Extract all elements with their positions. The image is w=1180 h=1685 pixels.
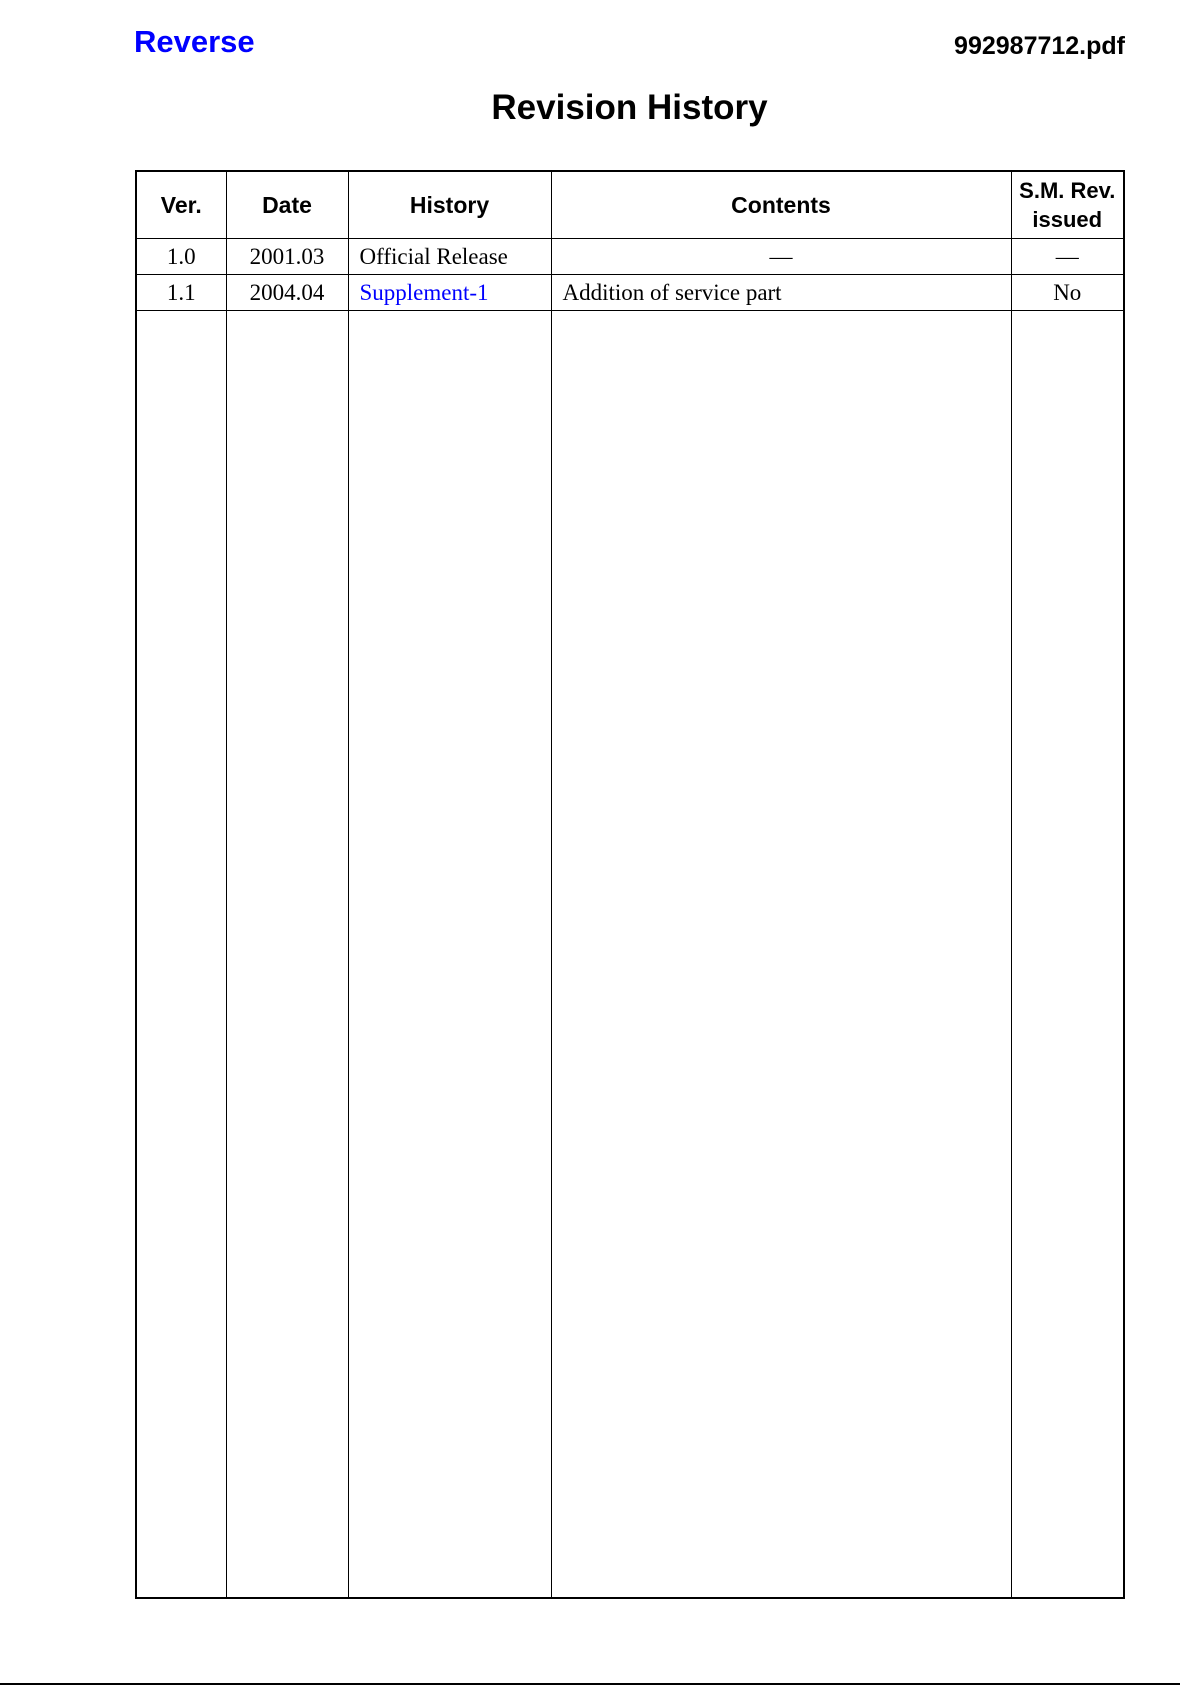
empty-cell [136, 311, 226, 1599]
cell-contents: — [551, 239, 1011, 275]
cell-ver: 1.1 [136, 275, 226, 311]
table-header-row: Ver. Date History Contents S.M. Rev.issu… [136, 171, 1124, 239]
column-header-sm-rev-line2: issued [1032, 207, 1102, 232]
column-header-sm-rev-line1: S.M. Rev. [1019, 178, 1115, 203]
reverse-link[interactable]: Reverse [134, 24, 255, 60]
empty-cell [1011, 311, 1124, 1599]
table-row: 1.1 2004.04 Supplement-1 Addition of ser… [136, 275, 1124, 311]
supplement-1-link[interactable]: Supplement-1 [360, 280, 489, 305]
cell-history: Official Release [348, 239, 551, 275]
cell-history: Supplement-1 [348, 275, 551, 311]
empty-cell [551, 311, 1011, 1599]
cell-contents: Addition of service part [551, 275, 1011, 311]
cell-date: 2004.04 [226, 275, 348, 311]
column-header-sm-rev-issued: S.M. Rev.issued [1011, 171, 1124, 239]
column-header-history: History [348, 171, 551, 239]
empty-table-area [136, 311, 1124, 1599]
empty-cell [348, 311, 551, 1599]
column-header-date: Date [226, 171, 348, 239]
cell-sm-rev-issued: No [1011, 275, 1124, 311]
empty-cell [226, 311, 348, 1599]
column-header-ver: Ver. [136, 171, 226, 239]
revision-history-table: Ver. Date History Contents S.M. Rev.issu… [135, 170, 1125, 1599]
column-header-contents: Contents [551, 171, 1011, 239]
table-row: 1.0 2001.03 Official Release — — [136, 239, 1124, 275]
document-filename: 992987712.pdf [954, 31, 1125, 61]
cell-date: 2001.03 [226, 239, 348, 275]
cell-ver: 1.0 [136, 239, 226, 275]
page-title: Revision History [0, 87, 1180, 129]
cell-sm-rev-issued: — [1011, 239, 1124, 275]
